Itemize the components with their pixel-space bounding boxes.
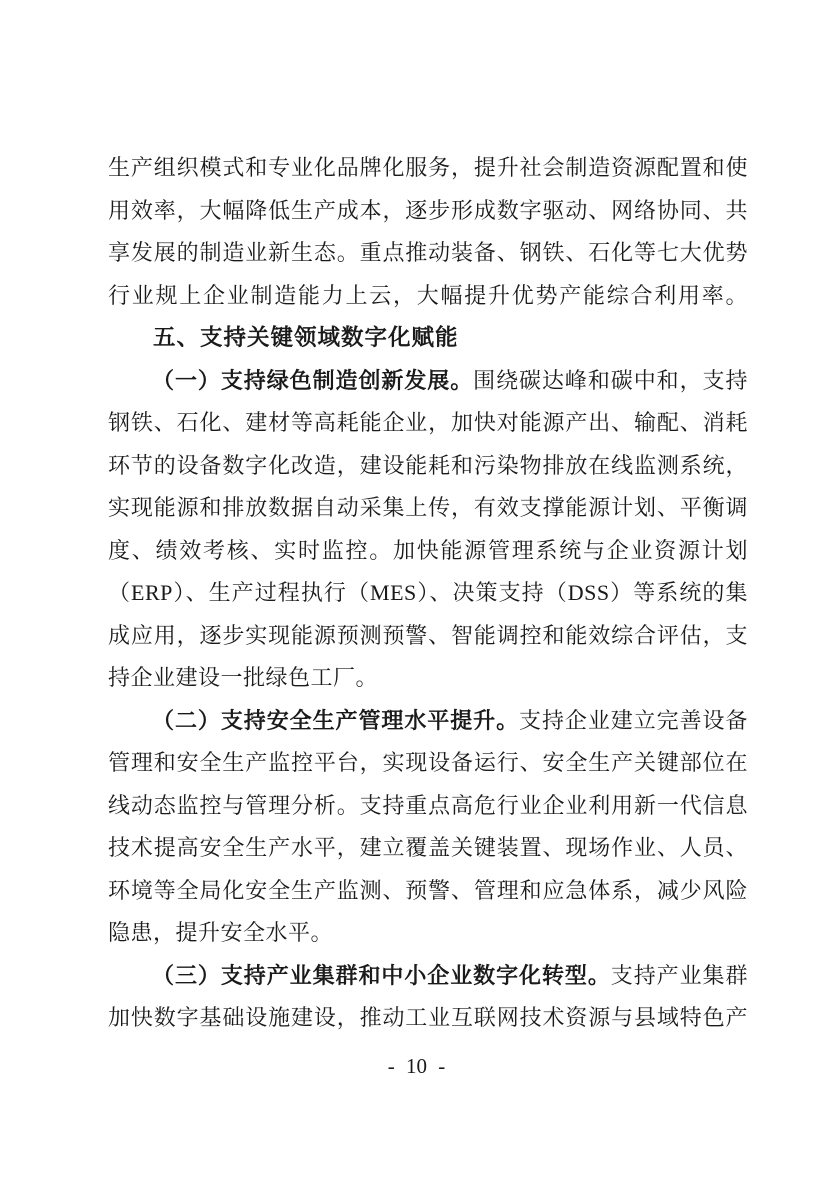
para-lead-bold: （一）支持绿色制造创新发展。 <box>152 368 473 393</box>
body-line: 环节的设备数字化改造，建设能耗和污染物排放在线监测系统， <box>108 445 748 488</box>
body-line: 实现能源和排放数据自动采集上传，有效支撑能源计划、平衡调 <box>108 487 748 530</box>
body-line: （ERP）、生产过程执行（MES）、决策支持（DSS）等系统的集 <box>108 572 748 615</box>
body-line-text: 支持企业建立完善设备 <box>519 708 748 733</box>
body-line: 隐患，提升安全水平。 <box>108 912 748 955</box>
paragraph-first-line: （一）支持绿色制造创新发展。围绕碳达峰和碳中和，支持 <box>108 360 748 403</box>
page-number: - 10 - <box>0 1051 833 1081</box>
paragraph-first-line: （三）支持产业集群和中小企业数字化转型。支持产业集群 <box>108 955 748 998</box>
body-line: 钢铁、石化、建材等高耗能企业，加快对能源产出、输配、消耗 <box>108 402 748 445</box>
body-line: 环境等全局化安全生产监测、预警、管理和应急体系，减少风险 <box>108 870 748 913</box>
body-line: 生产组织模式和专业化品牌化服务，提升社会制造资源配置和使 <box>108 147 748 190</box>
body-line-text: 支持产业集群 <box>611 963 748 988</box>
body-line: 加快数字基础设施建设，推动工业互联网技术资源与县域特色产 <box>108 997 748 1040</box>
body-line: 管理和安全生产监控平台，实现设备运行、安全生产关键部位在 <box>108 742 748 785</box>
body-line: 度、绩效考核、实时监控。加快能源管理系统与企业资源计划 <box>108 530 748 573</box>
body-line: 成应用，逐步实现能源预测预警、智能调控和能效综合评估，支 <box>108 615 748 658</box>
body-line: 享发展的制造业新生态。重点推动装备、钢铁、石化等七大优势 <box>108 232 748 275</box>
body-line-text: 围绕碳达峰和碳中和，支持 <box>473 368 748 393</box>
body-line: 持企业建设一批绿色工厂。 <box>108 657 748 700</box>
paragraph-first-line: （二）支持安全生产管理水平提升。支持企业建立完善设备 <box>108 700 748 743</box>
section-heading: 五、支持关键领域数字化赋能 <box>108 317 748 360</box>
body-line: 用效率，大幅降低生产成本，逐步形成数字驱动、网络协同、共 <box>108 190 748 233</box>
body-line: 技术提高安全生产水平，建立覆盖关键装置、现场作业、人员、 <box>108 827 748 870</box>
body-line: 行业规上企业制造能力上云，大幅提升优势产能综合利用率。 <box>108 275 748 318</box>
document-body: 生产组织模式和专业化品牌化服务，提升社会制造资源配置和使 用效率，大幅降低生产成… <box>108 147 748 1040</box>
body-line: 线动态监控与管理分析。支持重点高危行业企业利用新一代信息 <box>108 785 748 828</box>
para-lead-bold: （二）支持安全生产管理水平提升。 <box>152 708 519 733</box>
para-lead-bold: （三）支持产业集群和中小企业数字化转型。 <box>152 963 611 988</box>
document-page: 生产组织模式和专业化品牌化服务，提升社会制造资源配置和使 用效率，大幅降低生产成… <box>0 0 833 1180</box>
